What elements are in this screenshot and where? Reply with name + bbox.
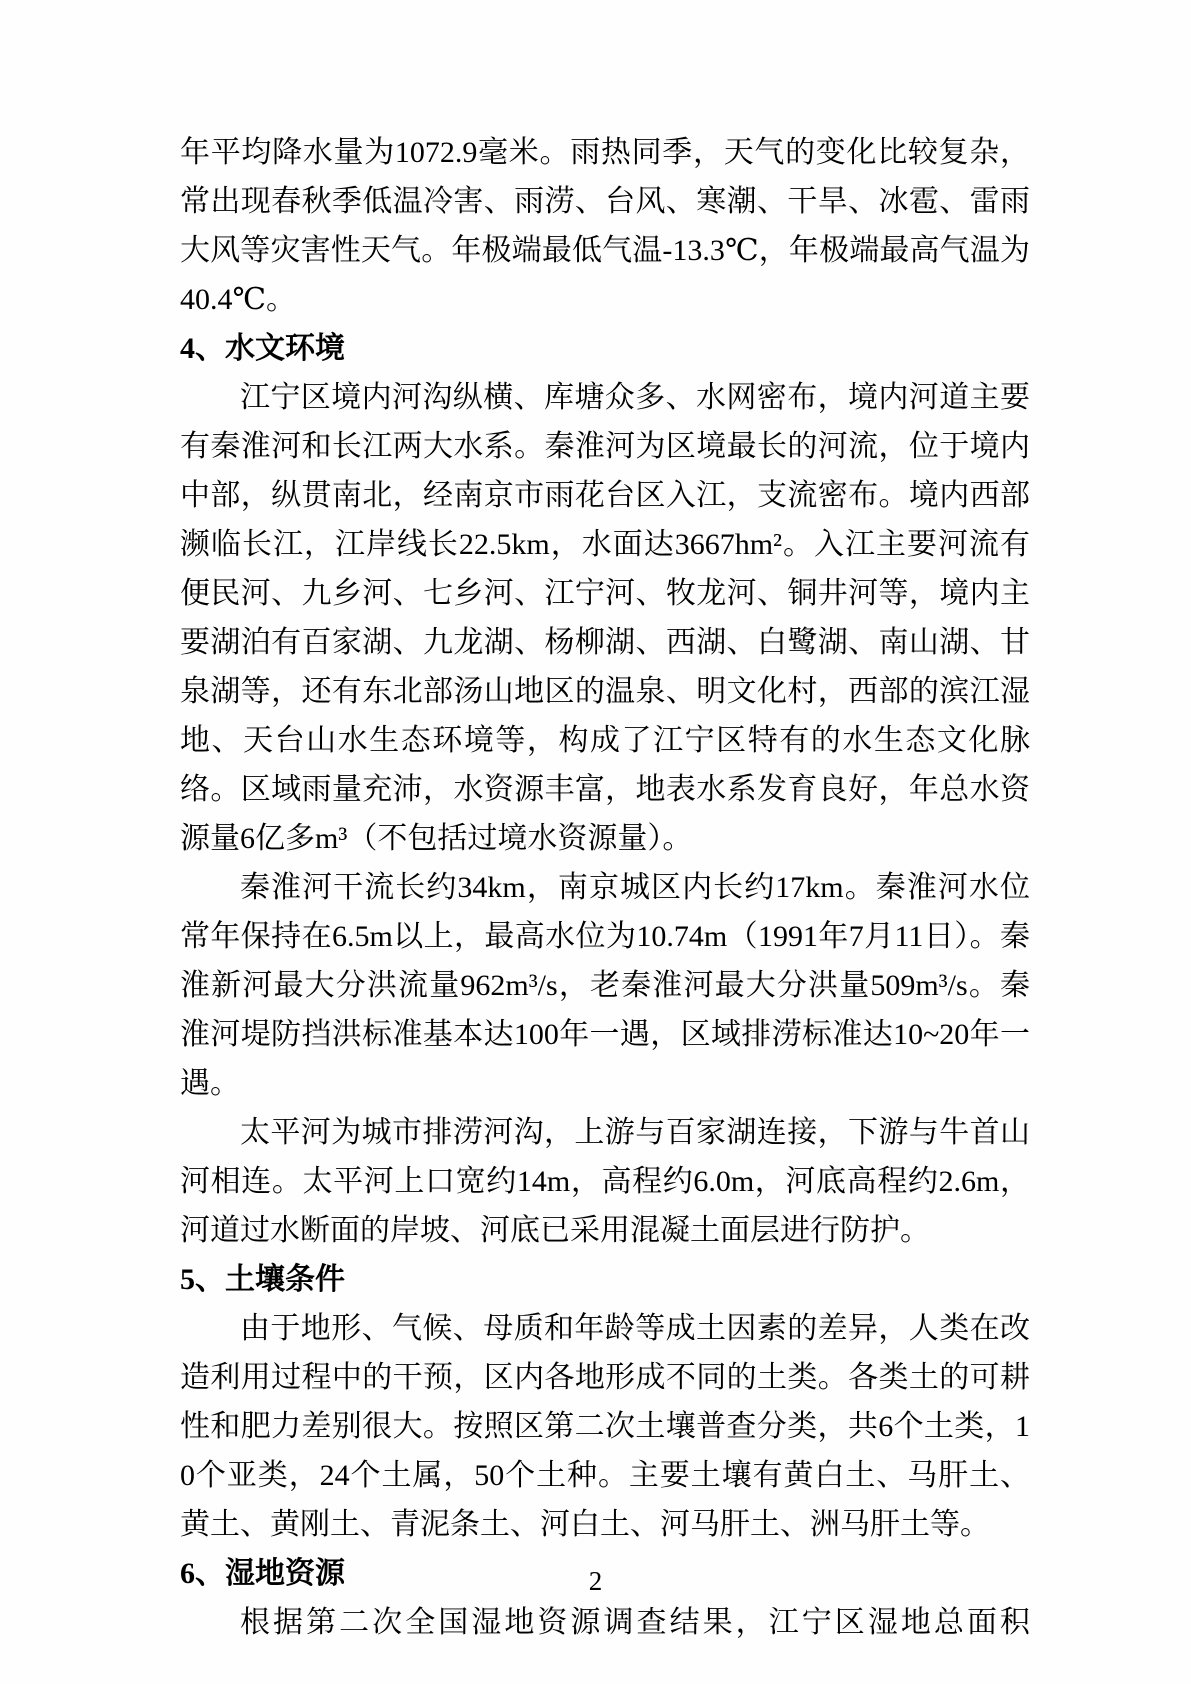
paragraph-wetland-survey: 根据第二次全国湿地资源调查结果，江宁区湿地总面积 — [180, 1598, 1030, 1647]
page-number: 2 — [0, 1566, 1191, 1596]
document-page: 年平均降水量为1072.9毫米。雨热同季，天气的变化比较复杂，常出现春秋季低温冷… — [0, 0, 1191, 1684]
paragraph-soil-types: 由于地形、气候、母质和年龄等成土因素的差异，人类在改造利用过程中的干预，区内各地… — [180, 1304, 1030, 1549]
paragraph-rivers-lakes: 江宁区境内河沟纵横、库塘众多、水网密布，境内河道主要有秦淮河和长江两大水系。秦淮… — [180, 373, 1030, 863]
paragraph-climate-continued: 年平均降水量为1072.9毫米。雨热同季，天气的变化比较复杂，常出现春秋季低温冷… — [180, 128, 1030, 324]
paragraph-taiping-river: 太平河为城市排涝河沟，上游与百家湖连接，下游与牛首山河相连。太平河上口宽约14m… — [180, 1108, 1030, 1255]
heading-soil-section: 5、土壤条件 — [180, 1255, 1030, 1304]
text-column: 年平均降水量为1072.9毫米。雨热同季，天气的变化比较复杂，常出现春秋季低温冷… — [180, 128, 1030, 1647]
heading-hydrology-section: 4、水文环境 — [180, 324, 1030, 373]
paragraph-qinhuai-river: 秦淮河干流长约34km，南京城区内长约17km。秦淮河水位常年保持在6.5m以上… — [180, 863, 1030, 1108]
